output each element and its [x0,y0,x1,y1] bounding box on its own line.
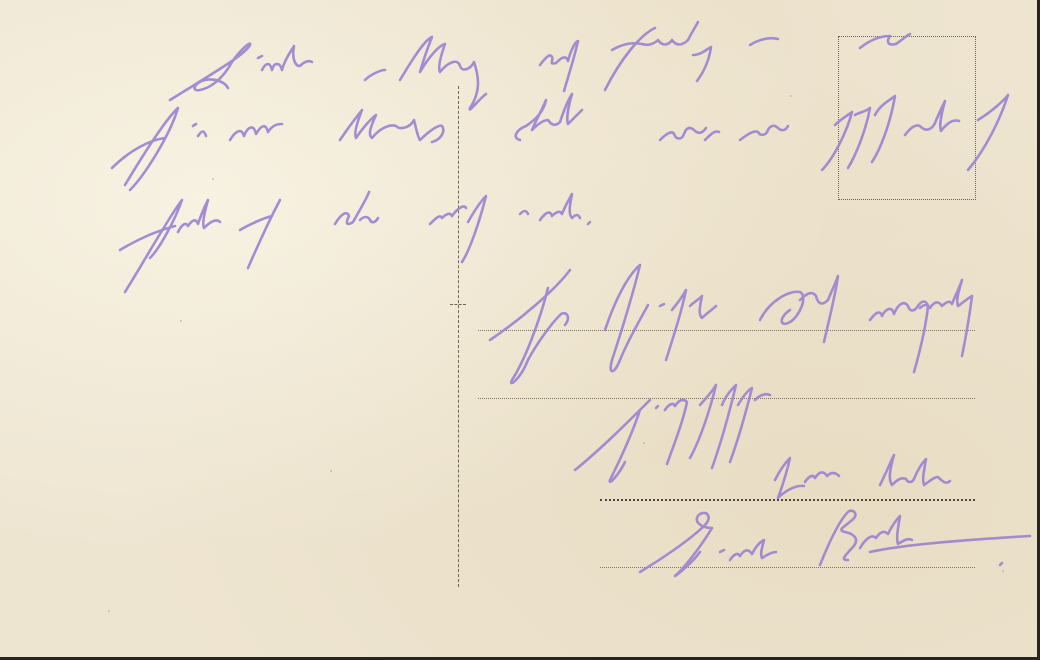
paper-speck [643,442,645,444]
address-line-3 [600,499,975,501]
paper-speck [1002,570,1004,572]
address-line-4 [600,567,975,568]
paper-speck [790,95,792,97]
paper-speck [108,610,110,612]
stamp-box [838,36,976,200]
divider-tick-mark [450,304,466,305]
message-line-1: Lieber Max auch sende ich dir [0,0,1,1]
paper-speck [212,178,214,180]
postcard-back: Lieber Max auch sende ich dir hier ein k… [0,0,1037,657]
center-divider-line [458,86,459,587]
paper-speck [330,470,332,472]
address-line-1 [478,330,975,331]
address-line-2 [478,398,975,399]
message-transcription: Lieber Max auch sende ich dir hier ein k… [0,0,1,1]
paper-speck [180,320,182,322]
